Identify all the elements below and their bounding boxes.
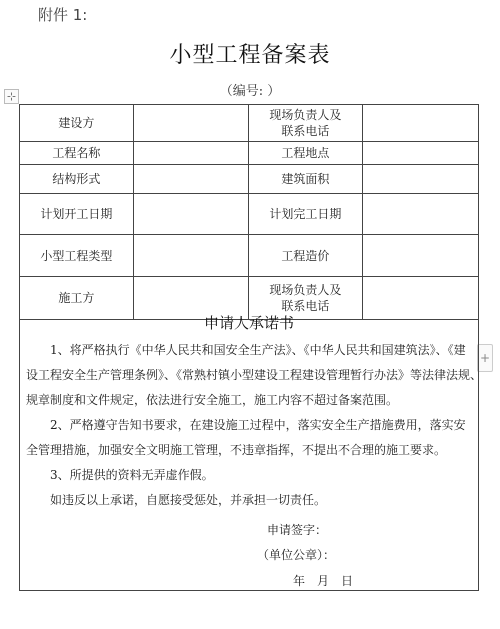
field-planned-start-date[interactable] (133, 194, 248, 235)
label-project-name: 工程名称 (20, 142, 134, 165)
table-row: 结构形式 建筑面积 (20, 165, 479, 194)
attachment-label: 附件 1: (38, 4, 87, 25)
label-project-location: 工程地点 (248, 142, 363, 165)
pledge-line: 3、所提供的资料无弄虚作假。 (26, 467, 474, 483)
field-site-contact[interactable] (363, 105, 479, 142)
date-label: 年 月 日 (293, 572, 353, 589)
table-row: 工程名称 工程地点 (20, 142, 479, 165)
field-project-name[interactable] (133, 142, 248, 165)
serial-number-label: （编号: ） (0, 80, 500, 99)
label-planned-end-date: 计划完工日期 (248, 194, 363, 235)
signature-label: 申请签字： (267, 521, 327, 538)
pledge-line: 设工程安全生产管理条例》、《常熟村镇小型建设工程建设管理暂行办法》等法律法规、 (26, 367, 474, 383)
field-project-cost[interactable] (363, 235, 479, 277)
field-structure-type[interactable] (133, 165, 248, 194)
pledge-line: 1、将严格执行《中华人民共和国安全生产法》、《中华人民共和国建筑法》、《建 (26, 342, 474, 358)
pledge-line: 2、严格遵守告知书要求，在建设施工过程中，落实安全生产措施费用，落实安 (26, 417, 474, 433)
label-structure-type: 结构形式 (20, 165, 134, 194)
project-info-table: 建设方 现场负责人及联系电话 工程名称 工程地点 结构形式 建筑面积 计划开工日… (19, 104, 479, 320)
label-line: 联系电话 (281, 124, 329, 138)
label-planned-start-date: 计划开工日期 (20, 194, 134, 235)
label-site-contact: 现场负责人及联系电话 (248, 105, 363, 142)
label-line: 现场负责人及 (269, 108, 341, 122)
label-project-cost: 工程造价 (248, 235, 363, 277)
company-seal-label: （单位公章）： (257, 546, 335, 563)
pledge-line: 如违反以上承诺，自愿接受惩处，并承担一切责任。 (26, 492, 474, 508)
pledge-line: 全管理措施，加强安全文明施工管理，不违章指挥，不提出不合理的施工要求。 (26, 442, 474, 458)
table-row: 小型工程类型 工程造价 (20, 235, 479, 277)
applicant-pledge-section: 申请人承诺书 1、将严格执行《中华人民共和国安全生产法》、《中华人民共和国建筑法… (19, 304, 479, 591)
field-project-location[interactable] (363, 142, 479, 165)
field-building-area[interactable] (363, 165, 479, 194)
table-row: 计划开工日期 计划完工日期 (20, 194, 479, 235)
page-title: 小型工程备案表 (0, 38, 500, 69)
label-building-area: 建筑面积 (248, 165, 363, 194)
label-line: 现场负责人及 (269, 283, 341, 297)
field-planned-end-date[interactable] (363, 194, 479, 235)
field-project-type[interactable] (133, 235, 248, 277)
label-builder: 建设方 (20, 105, 134, 142)
label-project-type: 小型工程类型 (20, 235, 134, 277)
pledge-line: 规章制度和文件规定，依法进行安全施工，施工内容不超过备案范围。 (26, 392, 474, 408)
pledge-title: 申请人承诺书 (20, 312, 478, 333)
table-move-handle-icon[interactable]: ⊹ (4, 89, 19, 104)
table-row: 建设方 现场负责人及联系电话 (20, 105, 479, 142)
field-builder[interactable] (133, 105, 248, 142)
